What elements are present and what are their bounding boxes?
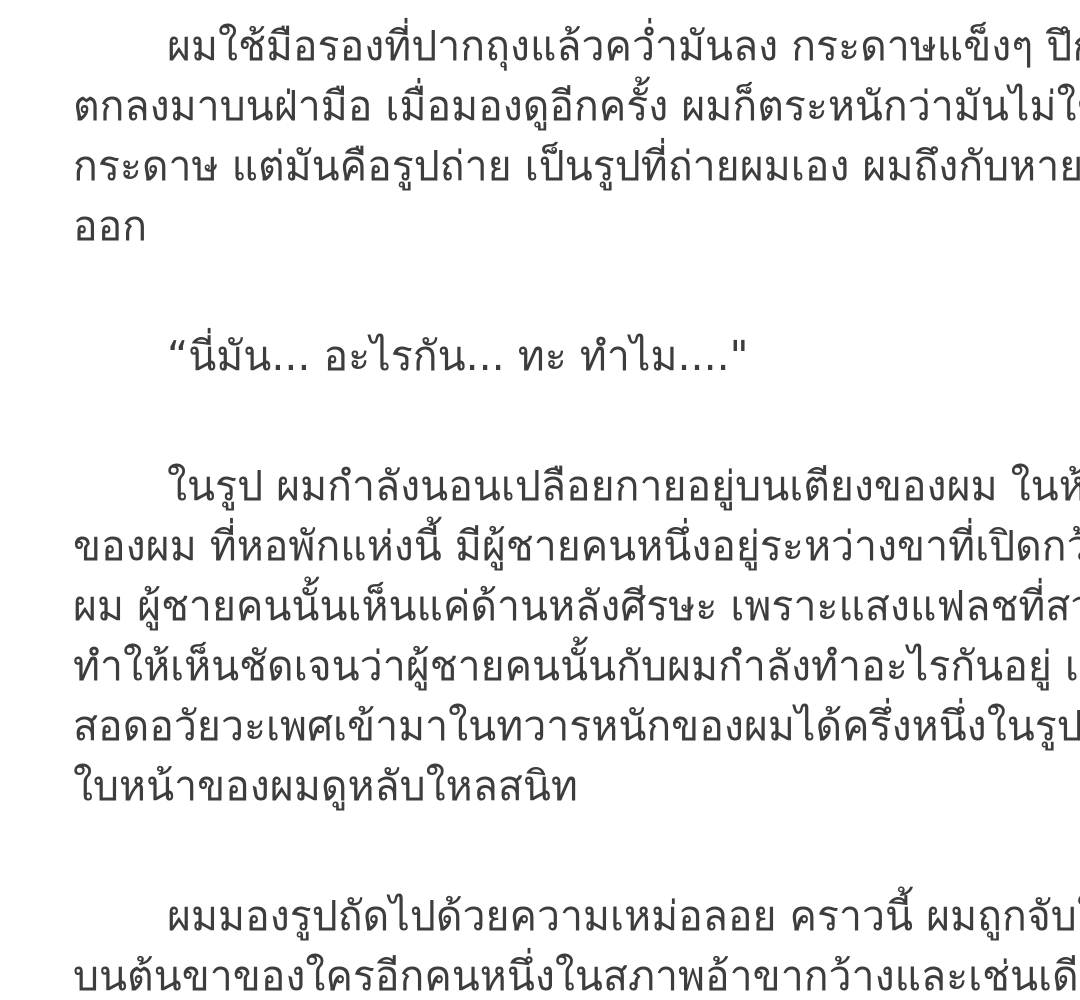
text-line: ผมมองรูปถัดไปด้วยความเหม่อลอย คราวนี้ ผม… <box>73 886 1020 946</box>
text-line: ผมใช้มือรองที่ปากถุงแล้วคว่ำมันลง กระดาษ… <box>73 16 1020 76</box>
text-line: ตกลงมาบนฝ่ามือ เมื่อมองดูอีกครั้ง ผมก็ตร… <box>73 76 1020 136</box>
text-line: กระดาษ แต่มันคือรูปถ่าย เป็นรูปที่ถ่ายผม… <box>73 136 1020 196</box>
text-line: สอดอวัยวะเพศเข้ามาในทวารหนักของผมได้ครึ่… <box>73 696 1020 756</box>
text-line: ออก <box>73 196 1020 256</box>
text-line: ในรูป ผมกำลังนอนเปลือยกายอยู่บนเตียงของผ… <box>73 456 1020 516</box>
paragraph: ในรูป ผมกำลังนอนเปลือยกายอยู่บนเตียงของผ… <box>73 456 1020 816</box>
text-line: ของผม ที่หอพักแห่งนี้ มีผู้ชายคนหนึ่งอยู… <box>73 516 1020 576</box>
paragraph: ผมใช้มือรองที่ปากถุงแล้วคว่ำมันลง กระดาษ… <box>73 16 1020 256</box>
text-line: ใบหน้าของผมดูหลับใหลสนิท <box>73 756 1020 816</box>
text-line: ทำให้เห็นชัดเจนว่าผู้ชายคนนั้นกับผมกำลัง… <box>73 636 1020 696</box>
text-line: ผม ผู้ชายคนนั้นเห็นแค่ด้านหลังศีรษะ เพรา… <box>73 576 1020 636</box>
text-line: “นี่มัน... อะไรกัน... ทะ ทำไม...." <box>73 326 1020 386</box>
text-line: บนต้นขาของใครอีกคนหนึ่งในสภาพอ้าขากว้างแ… <box>73 946 1020 1000</box>
reader-page: ผมใช้มือรองที่ปากถุงแล้วคว่ำมันลง กระดาษ… <box>0 0 1080 1000</box>
paragraph-dialogue: “นี่มัน... อะไรกัน... ทะ ทำไม...." <box>73 326 1020 386</box>
paragraph: ผมมองรูปถัดไปด้วยความเหม่อลอย คราวนี้ ผม… <box>73 886 1020 1000</box>
